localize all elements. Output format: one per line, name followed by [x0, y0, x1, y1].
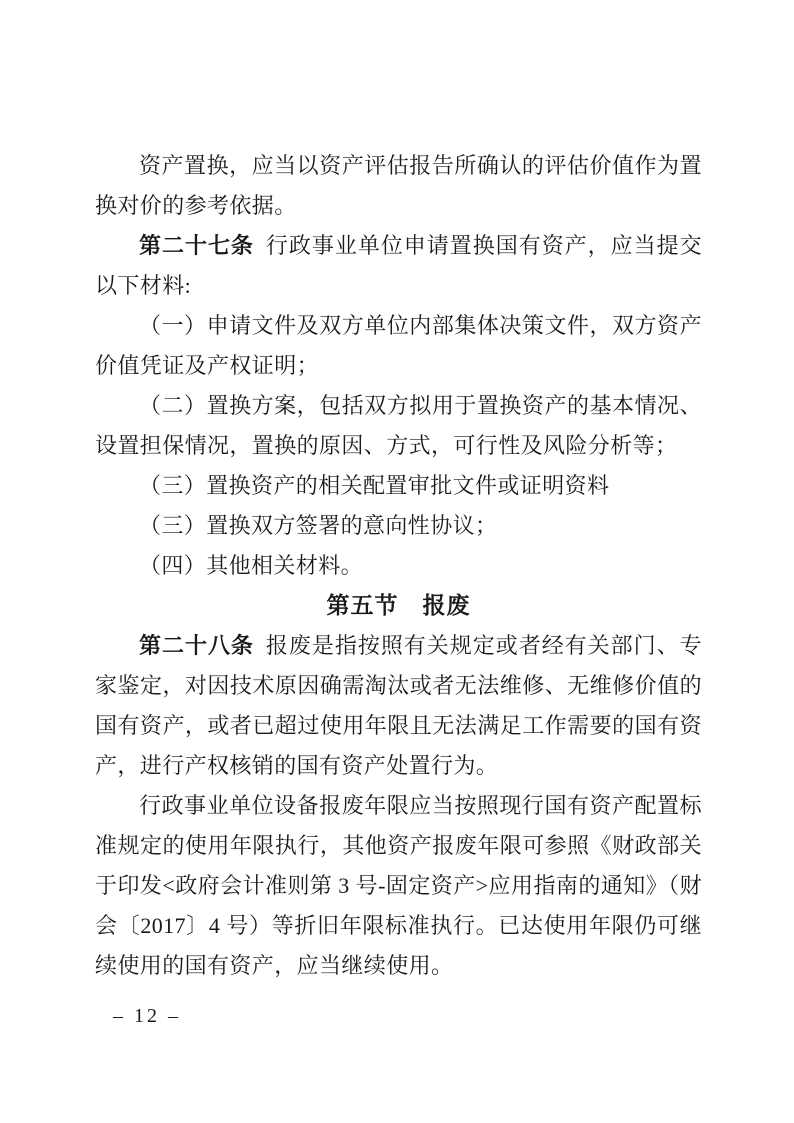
- page-number: – 12 –: [113, 1003, 181, 1029]
- paragraph-asset-swap-basis: 资产置换，应当以资产评估报告所确认的评估价值作为置换对价的参考依据。: [95, 146, 702, 226]
- paragraph-scrap-year-limits: 行政事业单位设备报废年限应当按照现行国有资产配置标准规定的使用年限执行，其他资产…: [95, 786, 702, 986]
- paragraph-article-28: 第二十八条报废是指按照有关规定或者经有关部门、专家鉴定，对因技术原因确需淘汰或者…: [95, 626, 702, 786]
- list-item-3a: （三）置换资产的相关配置审批文件或证明资料: [95, 466, 702, 506]
- list-item-1: （一）申请文件及双方单位内部集体决策文件，双方资产价值凭证及产权证明；: [95, 306, 702, 386]
- list-item-4: （四）其他相关材料。: [95, 546, 702, 586]
- document-body: 资产置换，应当以资产评估报告所确认的评估价值作为置换对价的参考依据。 第二十七条…: [95, 146, 702, 986]
- section-5-heading: 第五节 报废: [95, 586, 702, 626]
- article-28-number: 第二十八条: [139, 633, 254, 658]
- list-item-2: （二）置换方案，包括双方拟用于置换资产的基本情况、设置担保情况，置换的原因、方式…: [95, 386, 702, 466]
- article-27-number: 第二十七条: [139, 233, 254, 258]
- paragraph-article-27: 第二十七条行政事业单位申请置换国有资产，应当提交以下材料:: [95, 226, 702, 306]
- list-item-3b: （三）置换双方签署的意向性协议；: [95, 506, 702, 546]
- document-page: 资产置换，应当以资产评估报告所确认的评估价值作为置换对价的参考依据。 第二十七条…: [0, 0, 794, 1123]
